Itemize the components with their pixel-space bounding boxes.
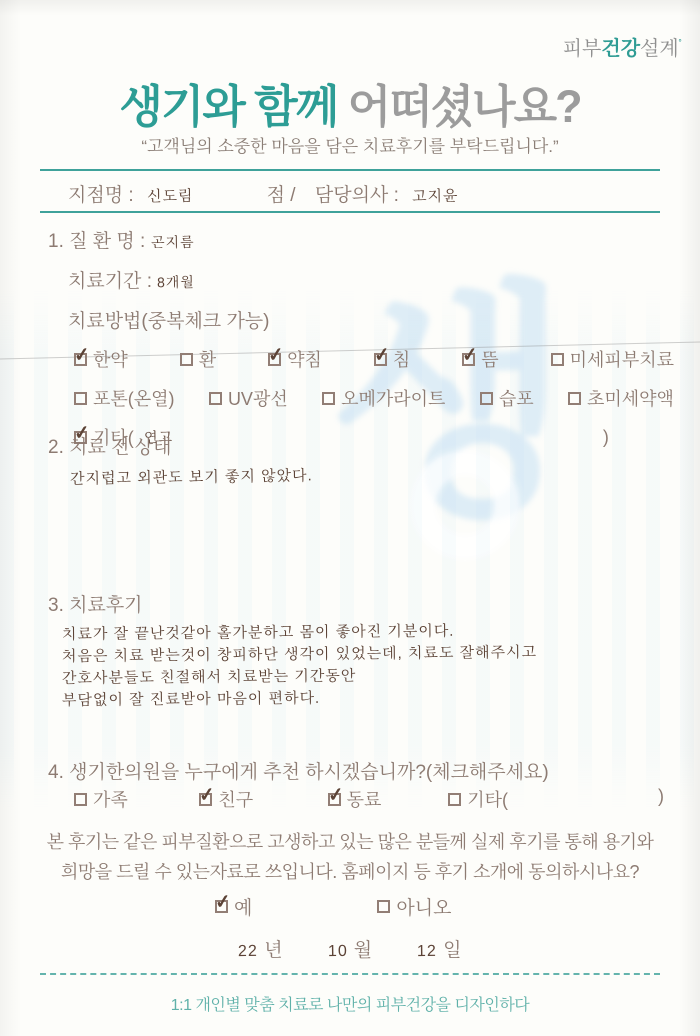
divider-branch [40,211,660,213]
consent-line-1: 본 후기는 같은 피부질환으로 고생하고 있는 많은 분들께 실제 후기를 통해… [0,827,700,857]
method-hanyak[interactable]: ✓한약 [74,346,128,372]
method-ultra-micro[interactable]: ✓초미세약액 [568,385,674,411]
check-mark-icon: ✓ [214,890,232,915]
doctor-label: 담당의사 : [315,185,399,206]
question-2-heading: 2. 치료 전 상태 [48,432,171,459]
checkbox[interactable]: ✓ [215,900,228,913]
month-label: 월 [354,940,372,961]
method-label: 침 [393,346,410,372]
checkbox[interactable]: ✓ [74,392,87,405]
option-label: 동료 [347,786,382,812]
branch-row: 지점명 : 신도림 점 / 담당의사 : 고지윤 [68,180,668,207]
day-label: 일 [443,940,461,961]
doctor-value-handwritten[interactable]: 고지윤 [412,185,459,207]
question-4-options: ✓가족 ✓친구 ✓동료 ✓기타( ) [74,786,664,812]
etc-close-paren: ) [603,427,609,448]
logo-mark: ˚ [679,39,682,50]
period-value-handwritten[interactable]: 8개월 [157,272,195,293]
logo-bold: 건강 [601,38,640,60]
year-value-handwritten[interactable]: 22 [238,943,258,961]
date-row: 22년 10월 12일 [0,935,700,962]
month-value-handwritten[interactable]: 10 [328,943,348,961]
footer-slogan: 1:1 개인별 맞춤 치료로 나만의 피부건강을 디자인하다 [0,992,700,1015]
checkbox[interactable]: ✓ [199,793,212,806]
checkbox[interactable]: ✓ [480,392,493,405]
method-uv[interactable]: ✓UV광선 [209,385,288,411]
option-label: 가족 [93,786,128,812]
method-seuppo[interactable]: ✓습포 [480,385,534,411]
question-3-heading: 3. 치료후기 [48,590,143,617]
question-2-answer-handwritten[interactable]: 간지럽고 외관도 보기 좋지 않았다. [70,464,313,488]
logo-suffix: 설계 [640,38,679,60]
consent-line-2: 희망을 드릴 수 있는자료로 쓰입니다. 홈페이지 등 후기 소개에 동의하시나… [0,857,700,887]
disease-value-handwritten[interactable]: 곤지름 [150,232,194,253]
consent-choices: ✓예 ✓아니오 [215,893,451,920]
method-label: 습포 [499,385,534,411]
branch-label: 지점명 : [68,185,134,206]
subtitle: “고객님의 소중한 마음을 담은 치료후기를 부탁드립니다.” [0,132,700,157]
method-label: 포톤(온열) [93,385,175,411]
divider-bottom [40,973,660,975]
method-label: 환 [199,346,216,372]
check-mark-icon: ✓ [461,343,479,368]
checkbox[interactable]: ✓ [322,392,335,405]
method-label: 한약 [93,346,128,372]
disease-row: 1. 질 환 명 : 곤지름 [48,226,668,253]
checkbox[interactable]: ✓ [74,353,87,366]
checkbox[interactable]: ✓ [268,353,281,366]
checkbox[interactable]: ✓ [448,793,461,806]
watermark-ring [410,450,520,560]
review-line: 부담없이 잘 진료받아 마음이 편하다. [62,686,537,712]
question-3-answer[interactable]: 치료가 잘 끝난것같아 홀가분하고 몸이 좋아진 기분이다. 처음은 치료 받는… [62,622,537,710]
method-ddeum[interactable]: ✓뜸 [462,346,498,372]
check-mark-icon: ✓ [73,343,91,368]
day-value-handwritten[interactable]: 12 [417,943,437,961]
logo-prefix: 피부 [563,38,602,60]
option-label: 기타( [467,786,508,812]
methods-row-2: ✓포톤(온열) ✓UV광선 ✓오메가라이트 ✓습포 ✓초미세약액 [74,385,674,411]
method-label: 오메가라이트 [341,385,445,411]
question-1-block: 1. 질 환 명 : 곤지름 치료기간 : 8개월 치료방법(중복체크 가능) … [48,226,668,463]
recommend-friend[interactable]: ✓친구 [199,786,253,812]
question-4-heading: 4. 생기한의원을 누구에게 추천 하시겠습니까?(체크해주세요) [48,757,549,784]
page-title: 생기와 함께 어떠셨나요? [0,70,700,135]
checkbox[interactable]: ✓ [568,392,581,405]
consent-paragraph: 본 후기는 같은 피부질환으로 고생하고 있는 많은 분들께 실제 후기를 통해… [0,827,700,887]
consent-yes[interactable]: ✓예 [215,893,252,920]
branch-unit-label: 점 / [267,185,296,206]
methods-label: 치료방법(중복체크 가능) [68,306,668,333]
recommend-colleague[interactable]: ✓동료 [328,786,382,812]
year-label: 년 [264,940,282,961]
checkbox[interactable]: ✓ [328,793,341,806]
check-mark-icon: ✓ [198,783,216,808]
method-label: 뜸 [481,346,498,372]
check-mark-icon: ✓ [326,783,344,808]
disease-label: 1. 질 환 명 : [48,231,145,252]
recommend-etc[interactable]: ✓기타( [448,786,508,812]
option-label: 친구 [218,786,253,812]
method-chim[interactable]: ✓침 [374,346,410,372]
checkbox[interactable]: ✓ [551,353,564,366]
option-label: 아니오 [396,893,451,920]
divider-top [40,169,660,171]
title-teal: 생기와 함께 [119,81,337,132]
recommend-etc-close-paren: ) [658,786,664,812]
methods-row-1: ✓한약 ✓환 ✓약침 ✓침 ✓뜸 ✓미세피부치료 [74,346,674,372]
checkbox[interactable]: ✓ [374,353,387,366]
method-photon[interactable]: ✓포톤(온열) [74,385,175,411]
period-row: 치료기간 : 8개월 [68,266,668,293]
period-label: 치료기간 : [68,271,152,292]
checkbox[interactable]: ✓ [74,793,87,806]
checkbox[interactable]: ✓ [377,900,390,913]
brand-logo: 피부건강설계˚ [563,32,682,61]
method-label: UV광선 [228,385,288,411]
branch-value-handwritten[interactable]: 신도림 [147,185,194,207]
check-mark-icon: ✓ [267,343,285,368]
method-yakchim[interactable]: ✓약침 [268,346,322,372]
checkbox[interactable]: ✓ [209,392,222,405]
checkbox[interactable]: ✓ [180,353,193,366]
method-omega-light[interactable]: ✓오메가라이트 [322,385,445,411]
title-gray: 어떠셨나요? [337,81,580,132]
scanned-review-form: 생 피부건강설계˚ 생기와 함께 어떠셨나요? “고객님의 소중한 마음을 담은… [0,0,700,1036]
checkbox[interactable]: ✓ [462,353,475,366]
method-label: 미세피부치료 [570,346,674,372]
method-label: 약침 [287,346,322,372]
recommend-family[interactable]: ✓가족 [74,786,128,812]
consent-no[interactable]: ✓아니오 [377,893,451,920]
check-mark-icon: ✓ [373,343,391,368]
method-label: 초미세약액 [587,385,674,411]
option-label: 예 [234,893,252,920]
method-hwan[interactable]: ✓환 [180,346,216,372]
method-micro-skin[interactable]: ✓미세피부치료 [551,346,674,372]
